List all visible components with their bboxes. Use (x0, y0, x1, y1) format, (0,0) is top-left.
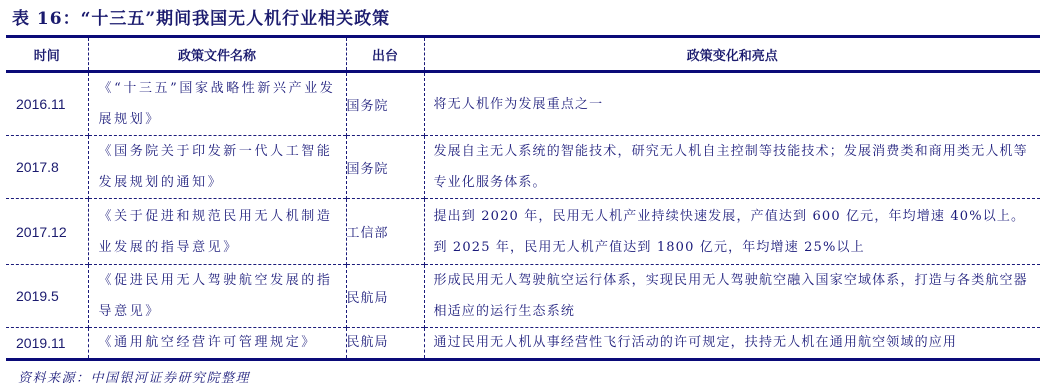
cell-issuer: 国务院 (346, 72, 424, 136)
cell-policy-name: 《通用航空经营许可管理规定》 (88, 328, 346, 360)
cell-time: 2017.12 (6, 199, 88, 265)
table-row: 2017.12 《关于促进和规范民用无人机制造业发展的指导意见》 工信部 提出到… (6, 199, 1040, 265)
table-row: 2019.11 《通用航空经营许可管理规定》 民航局 通过民用无人机从事经营性飞… (6, 328, 1040, 360)
header-policy-name: 政策文件名称 (88, 37, 346, 72)
cell-issuer: 民航局 (346, 328, 424, 360)
cell-highlights: 将无人机作为发展重点之一 (424, 72, 1040, 136)
header-issuer: 出台 (346, 37, 424, 72)
cell-highlights: 形成民用无人驾驶航空运行体系，实现民用无人驾驶航空融入国家空域体系，打造与各类航… (424, 265, 1040, 328)
cell-issuer: 工信部 (346, 199, 424, 265)
cell-issuer: 民航局 (346, 265, 424, 328)
table-row: 2017.8 《国务院关于印发新一代人工智能发展规划的通知》 国务院 发展自主无… (6, 136, 1040, 199)
source-note: 资料来源：中国银河证券研究院整理 (18, 367, 250, 386)
cell-issuer: 国务院 (346, 136, 424, 199)
cell-highlights: 通过民用无人机从事经营性飞行活动的许可规定，扶持无人机在通用航空领域的应用 (424, 328, 1040, 360)
cell-highlights: 提出到 2020 年，民用无人机产业持续快速发展，产值达到 600 亿元，年均增… (424, 199, 1040, 265)
cell-highlights: 发展自主无人系统的智能技术，研究无人机自主控制等技能技术；发展消费类和商用类无人… (424, 136, 1040, 199)
cell-time: 2017.8 (6, 136, 88, 199)
cell-time: 2016.11 (6, 72, 88, 136)
cell-policy-name: 《国务院关于印发新一代人工智能发展规划的通知》 (88, 136, 346, 199)
table-title: 表 16：“十三五”期间我国无人机行业相关政策 (12, 4, 390, 29)
cell-policy-name: 《促进民用无人驾驶航空发展的指导意见》 (88, 265, 346, 328)
policy-table: 时间 政策文件名称 出台 政策变化和亮点 2016.11 《“十三五”国家战略性… (6, 35, 1040, 361)
table-row: 2019.5 《促进民用无人驾驶航空发展的指导意见》 民航局 形成民用无人驾驶航… (6, 265, 1040, 328)
cell-policy-name: 《关于促进和规范民用无人机制造业发展的指导意见》 (88, 199, 346, 265)
cell-time: 2019.11 (6, 328, 88, 360)
header-highlights: 政策变化和亮点 (424, 37, 1040, 72)
header-time: 时间 (6, 37, 88, 72)
table-header-row: 时间 政策文件名称 出台 政策变化和亮点 (6, 37, 1040, 72)
table-row: 2016.11 《“十三五”国家战略性新兴产业发展规划》 国务院 将无人机作为发… (6, 72, 1040, 136)
cell-time: 2019.5 (6, 265, 88, 328)
cell-policy-name: 《“十三五”国家战略性新兴产业发展规划》 (88, 72, 346, 136)
